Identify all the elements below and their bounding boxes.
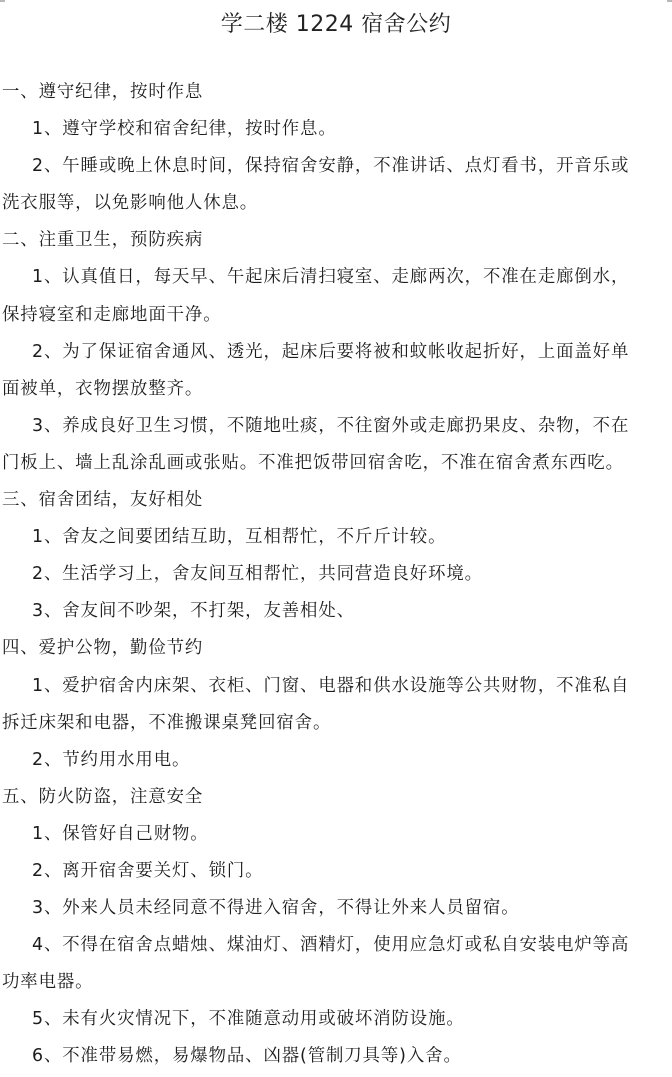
rule-item-continuation: 保持寝室和走廊地面干净。 bbox=[0, 297, 672, 334]
rule-item: 1、认真值日，每天早、午起床后清扫寝室、走廊两次，不准在走廊倒水， bbox=[0, 259, 672, 296]
rule-item: 6、不准带易燃，易爆物品、凶器(管制刀具等)入舍。 bbox=[0, 1038, 672, 1075]
rule-item: 1、舍友之间要团结互助，互相帮忙，不斤斤计较。 bbox=[0, 519, 672, 556]
rule-item-continuation: 拆迁床架和电器，不准搬课桌凳回宿舍。 bbox=[0, 705, 672, 742]
rule-item-continuation: 功率电器。 bbox=[0, 964, 672, 1001]
section-heading-safety: 五、防火防盗，注意安全 bbox=[0, 779, 672, 816]
page-corner-mark-right bbox=[667, 0, 672, 2]
rule-item: 2、生活学习上，舍友间互相帮忙，共同营造良好环境。 bbox=[0, 556, 672, 593]
rule-item-continuation: 洗衣服等，以免影响他人休息。 bbox=[0, 185, 672, 222]
rule-item: 3、外来人员未经同意不得进入宿舍，不得让外来人员留宿。 bbox=[0, 890, 672, 927]
section-heading-discipline: 一、遵守纪律，按时作息 bbox=[0, 74, 672, 111]
rule-item: 1、遵守学校和宿舍纪律，按时作息。 bbox=[0, 111, 672, 148]
section-heading-unity: 三、宿舍团结，友好相处 bbox=[0, 482, 672, 519]
rule-item: 2、午睡或晚上休息时间，保持宿舍安静，不准讲话、点灯看书，开音乐或 bbox=[0, 148, 672, 185]
page-corner-mark-left bbox=[0, 0, 5, 2]
rule-item: 2、节约用水用电。 bbox=[0, 742, 672, 779]
section-heading-property: 四、爱护公物，勤俭节约 bbox=[0, 630, 672, 667]
rule-item-continuation: 面被单，衣物摆放整齐。 bbox=[0, 371, 672, 408]
rule-item: 5、未有火灾情况下，不准随意动用或破坏消防设施。 bbox=[0, 1001, 672, 1038]
rule-item: 1、爱护宿舍内床架、衣柜、门窗、电器和供水设施等公共财物，不准私自 bbox=[0, 668, 672, 705]
document-title: 学二楼 1224 宿舍公约 bbox=[0, 10, 672, 40]
rule-item: 1、保管好自己财物。 bbox=[0, 816, 672, 853]
rule-item-continuation: 门板上、墙上乱涂乱画或张贴。不准把饭带回宿舍吃，不准在宿舍煮东西吃。 bbox=[0, 445, 672, 482]
rule-item: 3、养成良好卫生习惯，不随地吐痰，不往窗外或走廊扔果皮、杂物，不在 bbox=[0, 408, 672, 445]
rule-item: 2、离开宿舍要关灯、锁门。 bbox=[0, 853, 672, 890]
document-body: 一、遵守纪律，按时作息 1、遵守学校和宿舍纪律，按时作息。 2、午睡或晚上休息时… bbox=[0, 74, 672, 1076]
section-heading-hygiene: 二、注重卫生，预防疾病 bbox=[0, 222, 672, 259]
rule-item: 2、为了保证宿舍通风、透光，起床后要将被和蚊帐收起折好，上面盖好单 bbox=[0, 334, 672, 371]
rule-item: 3、舍友间不吵架，不打架，友善相处、 bbox=[0, 593, 672, 630]
rule-item: 4、不得在宿舍点蜡烛、煤油灯、酒精灯，使用应急灯或私自安装电炉等高 bbox=[0, 927, 672, 964]
